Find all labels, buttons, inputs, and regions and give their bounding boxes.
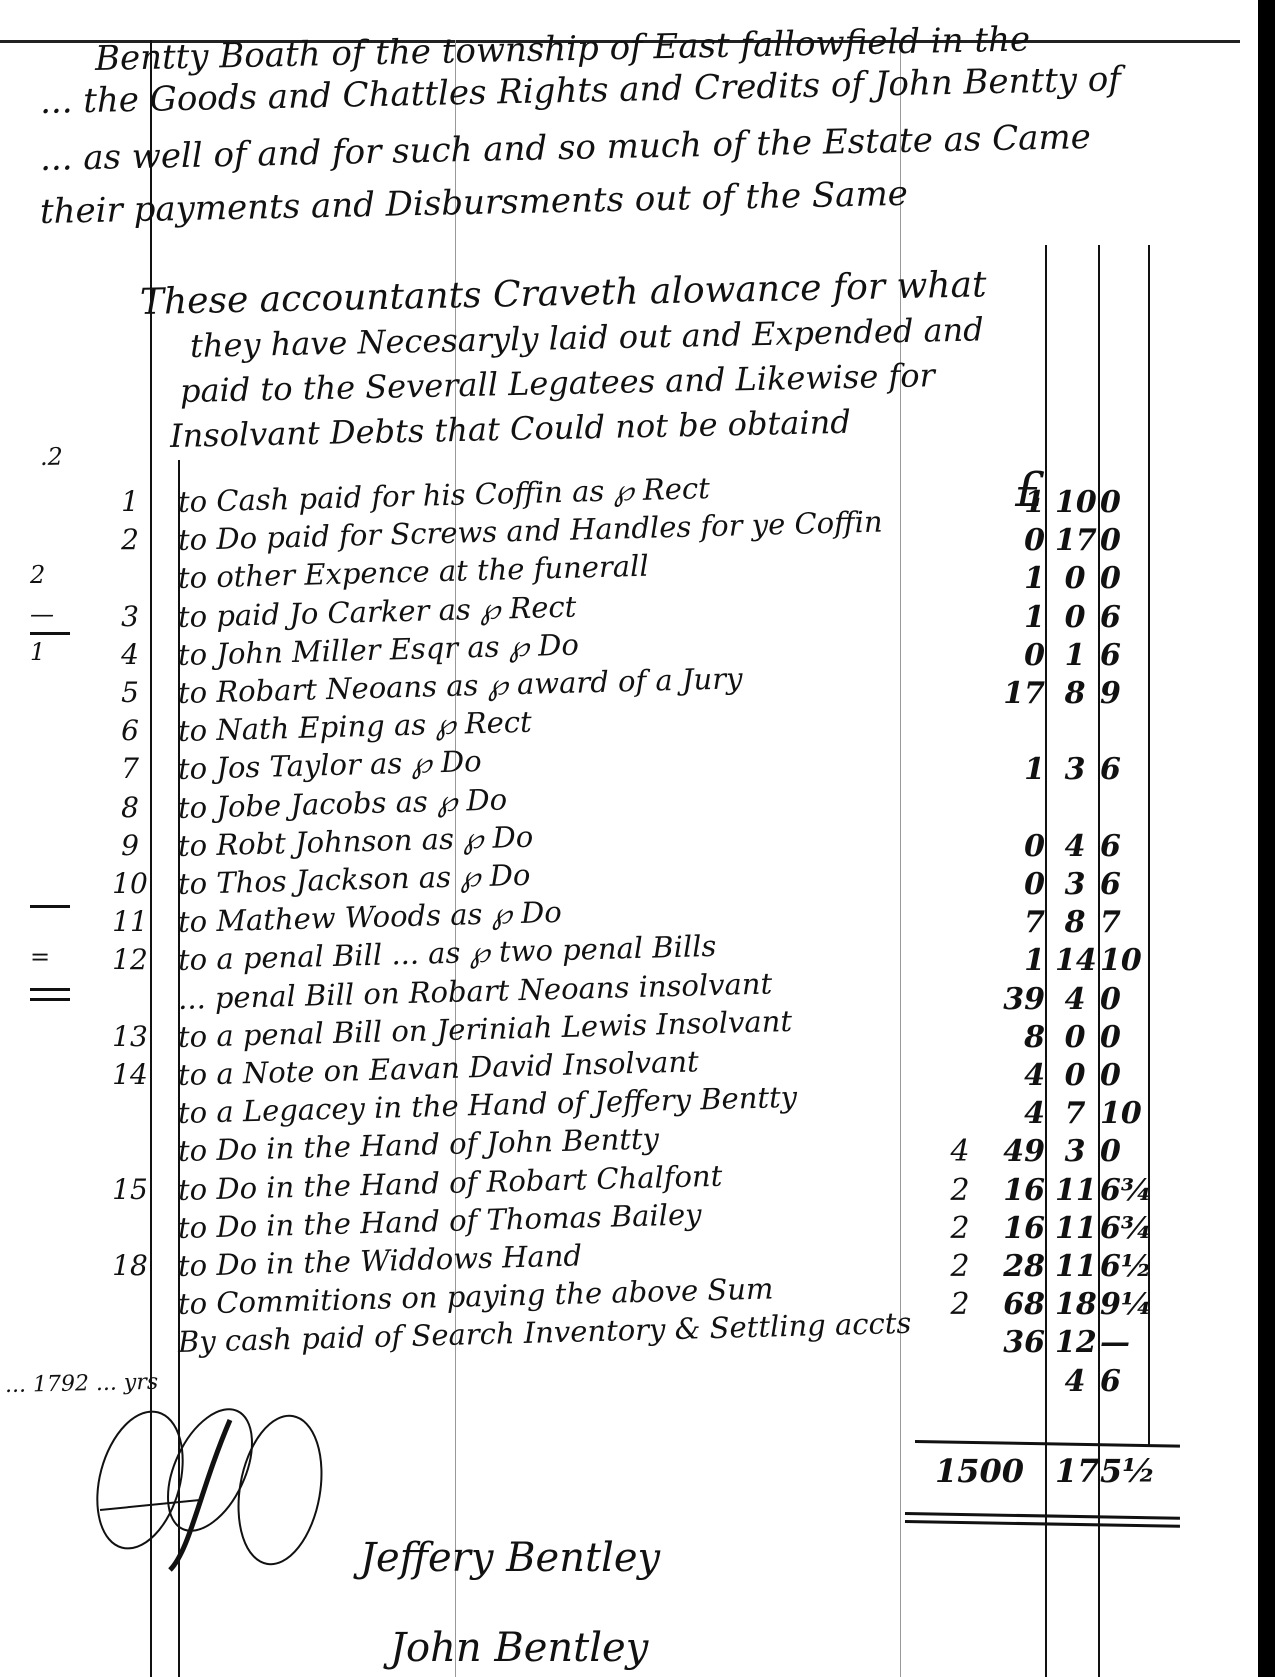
entry-pounds: 0 xyxy=(985,638,1045,673)
entry-pence: 9 xyxy=(1100,676,1160,711)
entry-pounds: 1 xyxy=(985,752,1045,787)
entry-number: 6 xyxy=(110,714,150,747)
entry-number: 13 xyxy=(110,1020,150,1053)
flourish-mark xyxy=(80,1400,360,1580)
entry-number: 1 xyxy=(110,485,150,518)
scan-border xyxy=(1258,0,1275,1677)
entry-pence: 6 xyxy=(1100,867,1160,902)
entry-shillings: 12 xyxy=(1055,1325,1095,1360)
entry-pence: 0 xyxy=(1100,1134,1160,1169)
entry-pounds: 39 xyxy=(985,982,1045,1017)
entry-carry-figure: 2 xyxy=(940,1287,980,1322)
entry-pence: 6 xyxy=(1100,638,1160,673)
entry-pence: 0 xyxy=(1100,561,1160,596)
entry-shillings: 4 xyxy=(1055,982,1095,1017)
entry-shillings: 11 xyxy=(1055,1211,1095,1246)
ledger-row: —3to paid Jo Carker as ℘ Rect106 xyxy=(0,600,1258,636)
entry-carry-figure: 4 xyxy=(940,1134,980,1169)
total-shillings: 17 xyxy=(1055,1452,1100,1490)
entry-pence: 0 xyxy=(1100,1058,1160,1093)
entry-pence: 6 xyxy=(1100,752,1160,787)
entry-shillings: 14 xyxy=(1055,943,1095,978)
ledger-row: 7to Jos Taylor as ℘ Do136 xyxy=(0,752,1258,788)
entry-shillings: 0 xyxy=(1055,600,1095,635)
total-pence: 5½ xyxy=(1100,1452,1156,1490)
entry-shillings: 3 xyxy=(1055,1134,1095,1169)
ledger-row: 8to Jobe Jacobs as ℘ Do xyxy=(0,791,1258,827)
entry-pounds: 7 xyxy=(985,905,1045,940)
entry-pounds: 8 xyxy=(985,1020,1045,1055)
entry-pence: 6 xyxy=(1100,600,1160,635)
entry-pence: — xyxy=(1100,1325,1160,1360)
ledger-row: to Do in the Hand of Thomas Bailey216116… xyxy=(0,1211,1258,1247)
entry-shillings: 4 xyxy=(1055,1364,1095,1399)
entry-shillings: 10 xyxy=(1055,485,1095,520)
margin-note: 2 xyxy=(30,561,70,589)
entry-carry-figure: 2 xyxy=(940,1211,980,1246)
entry-shillings: 0 xyxy=(1055,1020,1095,1055)
entry-description: to Jos Taylor as ℘ Do xyxy=(178,744,482,786)
entry-shillings: 3 xyxy=(1055,867,1095,902)
ledger-row: 9to Robt Johnson as ℘ Do046 xyxy=(0,829,1258,865)
entry-pence: 6¾ xyxy=(1100,1211,1160,1246)
entry-pounds: 0 xyxy=(985,523,1045,558)
entry-pence: 10 xyxy=(1100,1096,1160,1131)
entry-pounds: 4 xyxy=(985,1058,1045,1093)
entry-shillings: 7 xyxy=(1055,1096,1095,1131)
entry-pounds: 68 xyxy=(985,1287,1045,1322)
margin-note: — xyxy=(30,600,70,628)
margin-note: .2 xyxy=(40,445,63,469)
entry-pounds: 1 xyxy=(985,485,1045,520)
entry-pounds: 1 xyxy=(985,600,1045,635)
entry-pence: 10 xyxy=(1100,943,1160,978)
entry-shillings: 3 xyxy=(1055,752,1095,787)
entry-pence: 0 xyxy=(1100,982,1160,1017)
entry-pence: 9¼ xyxy=(1100,1287,1160,1322)
entry-pence: 6½ xyxy=(1100,1249,1160,1284)
entry-pounds: 1 xyxy=(985,561,1045,596)
ledger-row: 10to Thos Jackson as ℘ Do036 xyxy=(0,867,1258,903)
entry-shillings: 11 xyxy=(1055,1173,1095,1208)
entry-pounds: 1 xyxy=(985,943,1045,978)
entry-number: 2 xyxy=(110,523,150,556)
entry-pounds: 16 xyxy=(985,1173,1045,1208)
entry-pounds: 49 xyxy=(985,1134,1045,1169)
entry-pence: 0 xyxy=(1100,1020,1160,1055)
entry-number: 10 xyxy=(110,867,150,900)
entry-number: 9 xyxy=(110,829,150,862)
entry-pence: 6 xyxy=(1100,1364,1160,1399)
entry-number: 8 xyxy=(110,791,150,824)
entry-shillings: 11 xyxy=(1055,1249,1095,1284)
entry-pounds: 28 xyxy=(985,1249,1045,1284)
entry-shillings: 17 xyxy=(1055,523,1095,558)
signature-john: John Bentley xyxy=(390,1625,648,1671)
entry-number: 14 xyxy=(110,1058,150,1091)
entry-number: 18 xyxy=(110,1249,150,1282)
entry-number: 4 xyxy=(110,638,150,671)
entry-number: 15 xyxy=(110,1173,150,1206)
margin-note: = xyxy=(30,943,70,971)
entry-shillings: 8 xyxy=(1055,905,1095,940)
signature-jeffery: Jeffery Bentley xyxy=(360,1535,660,1581)
entry-pounds: 0 xyxy=(985,829,1045,864)
entry-pounds: 16 xyxy=(985,1211,1045,1246)
entry-pounds: 0 xyxy=(985,867,1045,902)
entry-shillings: 1 xyxy=(1055,638,1095,673)
margin-note: 1 xyxy=(30,638,70,666)
ledger-row: 2to other Expence at the funerall100 xyxy=(0,561,1258,597)
entry-shillings: 8 xyxy=(1055,676,1095,711)
ledger-row: By cash paid of Search Inventory & Settl… xyxy=(0,1325,1258,1361)
entry-number: 12 xyxy=(110,943,150,976)
entry-number: 3 xyxy=(110,600,150,633)
ledger-row: 6to Nath Eping as ℘ Rect xyxy=(0,714,1258,750)
entry-pounds: 4 xyxy=(985,1096,1045,1131)
entry-shillings: 4 xyxy=(1055,829,1095,864)
entry-number: 11 xyxy=(110,905,150,938)
entry-number: 7 xyxy=(110,752,150,785)
entry-carry-figure: 2 xyxy=(940,1173,980,1208)
entry-pounds: 17 xyxy=(985,676,1045,711)
entry-shillings: 0 xyxy=(1055,1058,1095,1093)
ledger-row: 5to Robart Neoans as ℘ award of a Jury17… xyxy=(0,676,1258,712)
entry-shillings: 0 xyxy=(1055,561,1095,596)
entry-carry-figure: 2 xyxy=(940,1249,980,1284)
ledger-row: 46 xyxy=(0,1364,1258,1400)
entry-pence: 6¾ xyxy=(1100,1173,1160,1208)
entry-pence: 6 xyxy=(1100,829,1160,864)
entry-pence: 7 xyxy=(1100,905,1160,940)
total-pounds: 1500 xyxy=(935,1452,1024,1490)
entry-pounds: 36 xyxy=(985,1325,1045,1360)
margin-scrawl: ... 1792 ... yrs xyxy=(5,1372,159,1397)
entry-pence: 0 xyxy=(1100,523,1160,558)
entry-pence: 0 xyxy=(1100,485,1160,520)
entry-number: 5 xyxy=(110,676,150,709)
entry-shillings: 18 xyxy=(1055,1287,1095,1322)
